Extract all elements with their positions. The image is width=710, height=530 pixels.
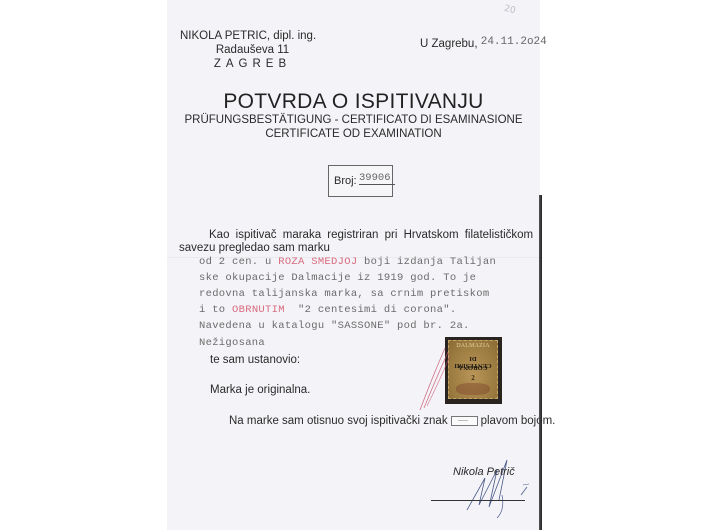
certificate-number-label: Broj: [334,175,357,187]
typed-text: od 2 cen. u [199,256,278,268]
signer-name: Nikola Petrič [453,466,515,478]
overprint-highlight: OBRNUTIM [232,304,285,316]
typed-line-2: ske okupacije Dalmacije iz 1919 god. To … [199,272,476,284]
mark-text-post: plavom bojom. [481,415,556,427]
pencil-note: 20 [503,4,517,17]
typed-text: "2 centesimi di corona". [285,304,457,316]
postage-stamp: DALMAZIA CENTESIMI DI CORONA 2 [448,340,498,399]
expert-mark-statement: Na marke sam otisnuo svoj ispitivački zn… [229,415,555,427]
verdict: Marka je originalna. [210,384,310,396]
sender-address: NIKOLA PETRIC, dipl. ing. Radauševa 11 Z… [180,29,325,71]
typed-text: boji izdanja Talijan [357,256,496,268]
stamp-image: DALMAZIA CENTESIMI DI CORONA 2 [445,337,502,404]
typed-line-6: Nežigosana [199,337,265,349]
place-date: U Zagrebu, 24.11.2o24 [420,38,547,51]
typed-line-4: i to OBRNUTIM "2 centesimi di corona". [199,304,456,316]
signature-line [431,500,525,501]
document-subtitle-2: CERTIFICATE OD EXAMINATION [167,128,540,140]
certificate-page: 20 NIKOLA PETRIC, dipl. ing. Radauševa 1… [167,0,540,530]
certificate-number: 39906 [359,172,395,185]
typed-line-5: Navedena u katalogu "SASSONE" pod br. 2a… [199,320,470,332]
document-subtitle-1: PRÜFUNGSBESTÄTIGUNG - CERTIFICATO DI ESA… [167,114,540,126]
typed-text: i to [199,304,232,316]
place-label: U Zagrebu, [420,38,478,50]
mark-text-pre: Na marke sam otisnuo svoj ispitivački zn… [229,415,448,427]
page-edge-shadow [539,195,542,530]
expert-mark-icon [451,416,478,426]
findings-label: te sam ustanovio: [210,354,300,366]
stamp-header: DALMAZIA [451,343,495,349]
typed-line-1: od 2 cen. u ROZA SMEDJOJ boji izdanja Ta… [199,256,496,268]
sender-city: ZAGREB [180,57,325,71]
certificate-number-box: Broj: 39906 [328,165,393,197]
inverted-overprint-line-2: CORONA [451,364,495,371]
stamp-artwork [456,383,490,395]
sender-name: NIKOLA PETRIC, dipl. ing. [180,29,325,43]
color-highlight: ROZA SMEDJOJ [278,256,357,268]
document-title: POTVRDA O ISPITIVANJU [167,90,540,114]
intro-line-2: savezu pregledao sam marku [179,242,330,254]
intro-line-1: Kao ispitivač maraka registriran pri Hrv… [209,229,533,241]
overprint-value: 2 [451,374,495,382]
sender-street: Radauševa 11 [180,43,325,57]
typed-line-3: redovna talijanska marka, sa crnim preti… [199,288,489,300]
issue-date: 24.11.2o24 [481,36,547,48]
